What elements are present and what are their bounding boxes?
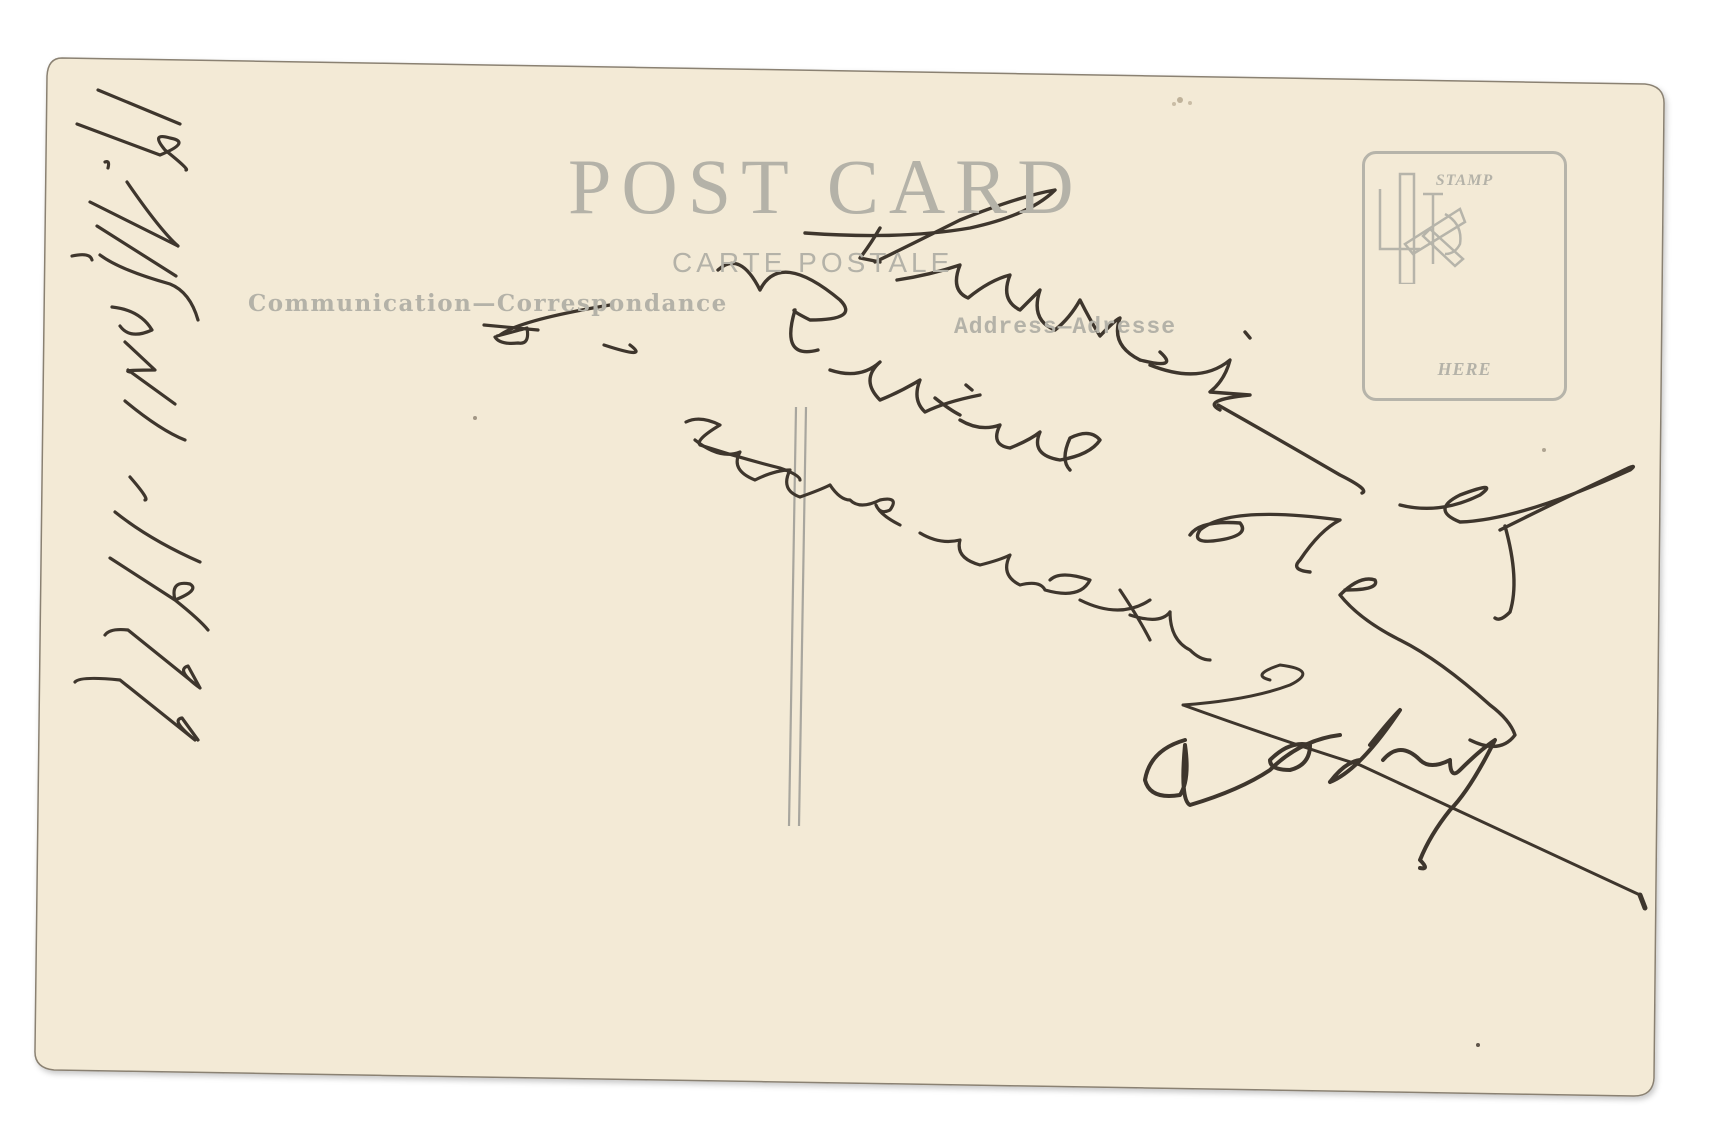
- stamp-label-bottom: HERE: [1365, 359, 1564, 380]
- postcard-subtitle: CARTE POSTALE: [672, 249, 953, 277]
- stamp-box: STAMP HERE: [1362, 151, 1567, 401]
- lkb-monogram-icon: [1365, 154, 1475, 284]
- message-line: ta cousinette: [11, 0, 18, 1]
- address-label: Address—Adresse: [954, 316, 1176, 339]
- postcard-back: POST CARD CARTE POSTALE Communication—Co…: [0, 0, 1719, 1138]
- message-line: Souvenir et: [0, 0, 6, 1]
- postcard-title: POST CARD: [568, 148, 1084, 226]
- communication-label: Communication—Correspondance: [248, 292, 728, 315]
- signature: Lolary: [18, 0, 21, 1]
